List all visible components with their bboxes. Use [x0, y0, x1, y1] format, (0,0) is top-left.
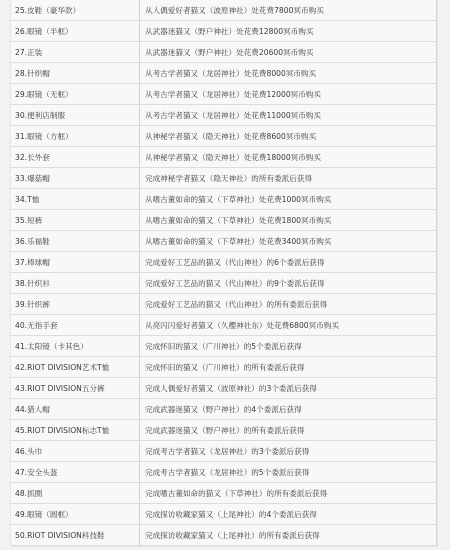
acquisition-method-cell: 完成爱好工艺品的猫又（代山神社）的9个委派后获得: [140, 273, 437, 294]
item-name-cell: 31.眼镜（方框）: [11, 126, 140, 147]
acquisition-method-cell: 从嗜古董如命的猫又（下草神社）处花费1000冥币购买: [140, 189, 437, 210]
table-row: 31.眼镜（方框）从神秘学者猫又（隐天神社）处花费8600冥币购买: [11, 126, 437, 147]
acquisition-method-cell: 从嗜古董如命的猫又（下草神社）处花费3400冥币购买: [140, 231, 437, 252]
acquisition-method-cell: 从考古学者猫又（龙居神社）处花费12000冥币购买: [140, 84, 437, 105]
table-row: 28.针织帽从考古学者猫又（龙居神社）处花费8000冥币购买: [11, 63, 437, 84]
table-row: 42.RIOT DIVISION艺术T恤完成怀旧的猫又（广川神社）的所有委派后获…: [11, 357, 437, 378]
acquisition-method-cell: 完成探访收藏家猫又（上尾神社）的所有委派后获得: [140, 525, 437, 546]
item-name-cell: 41.太阳镜（卡其色）: [11, 336, 140, 357]
item-name-cell: 35.短裤: [11, 210, 140, 231]
acquisition-method-cell: 从武器迷猫又（野户神社）处花费20600冥币购买: [140, 42, 437, 63]
table-row: 33.爆菇帽完成神秘学者猫又（隐天神社）的所有委派后获得: [11, 168, 437, 189]
table-row: 50.RIOT DIVISION科技鞋完成探访收藏家猫又（上尾神社）的所有委派后…: [11, 525, 437, 546]
item-name-cell: 37.棒球帽: [11, 252, 140, 273]
acquisition-method-cell: 从亮闪闪爱好者猫又（久樱神社东）处花费6800冥币购买: [140, 315, 437, 336]
item-name-cell: 25.皮鞋（豪华款）: [11, 0, 140, 21]
item-name-cell: 44.猎人帽: [11, 399, 140, 420]
item-name-cell: 36.乐福鞋: [11, 231, 140, 252]
page: 25.皮鞋（豪华款）从人偶爱好者猫又（波原神社）处花费7800冥币购买26.眼镜…: [0, 0, 450, 550]
acquisition-method-cell: 完成怀旧的猫又（广川神社）的5个委派后获得: [140, 336, 437, 357]
acquisition-method-cell: 完成探访收藏家猫又（上尾神社）的4个委派后获得: [140, 504, 437, 525]
outfit-table-container: 25.皮鞋（豪华款）从人偶爱好者猫又（波原神社）处花费7800冥币购买26.眼镜…: [10, 0, 437, 546]
item-name-cell: 40.无指手套: [11, 315, 140, 336]
item-name-cell: 49.眼镜（圆框）: [11, 504, 140, 525]
table-row: 32.长外套从神秘学者猫又（隐天神社）处花费18000冥币购买: [11, 147, 437, 168]
table-row: 36.乐福鞋从嗜古董如命的猫又（下草神社）处花费3400冥币购买: [11, 231, 437, 252]
item-name-cell: 48.抓圈: [11, 483, 140, 504]
table-row: 26.眼镜（半框）从武器迷猫又（野户神社）处花费12800冥币购买: [11, 21, 437, 42]
item-name-cell: 39.针织裤: [11, 294, 140, 315]
acquisition-method-cell: 完成爱好工艺品的猫又（代山神社）的6个委派后获得: [140, 252, 437, 273]
acquisition-method-cell: 完成武器迷猫又（野户神社）的4个委派后获得: [140, 399, 437, 420]
table-body: 25.皮鞋（豪华款）从人偶爱好者猫又（波原神社）处花费7800冥币购买26.眼镜…: [11, 0, 437, 546]
table-row: 34.T恤从嗜古董如命的猫又（下草神社）处花费1000冥币购买: [11, 189, 437, 210]
acquisition-method-cell: 从神秘学者猫又（隐天神社）处花费18000冥币购买: [140, 147, 437, 168]
acquisition-method-cell: 完成考古学者猫又（龙居神社）的5个委派后获得: [140, 462, 437, 483]
item-name-cell: 47.安全头盔: [11, 462, 140, 483]
table-row: 39.针织裤完成爱好工艺品的猫又（代山神社）的所有委派后获得: [11, 294, 437, 315]
item-name-cell: 43.RIOT DIVISION五分裤: [11, 378, 140, 399]
item-name-cell: 33.爆菇帽: [11, 168, 140, 189]
table-row: 38.针织衫完成爱好工艺品的猫又（代山神社）的9个委派后获得: [11, 273, 437, 294]
table-row: 47.安全头盔完成考古学者猫又（龙居神社）的5个委派后获得: [11, 462, 437, 483]
table-row: 43.RIOT DIVISION五分裤完成人偶爱好者猫又（波原神社）的3个委派后…: [11, 378, 437, 399]
table-row: 27.正装从武器迷猫又（野户神社）处花费20600冥币购买: [11, 42, 437, 63]
table-row: 44.猎人帽完成武器迷猫又（野户神社）的4个委派后获得: [11, 399, 437, 420]
item-name-cell: 45.RIOT DIVISION标志T恤: [11, 420, 140, 441]
item-name-cell: 38.针织衫: [11, 273, 140, 294]
acquisition-method-cell: 从武器迷猫又（野户神社）处花费12800冥币购买: [140, 21, 437, 42]
acquisition-method-cell: 完成人偶爱好者猫又（波原神社）的3个委派后获得: [140, 378, 437, 399]
table-row: 45.RIOT DIVISION标志T恤完成武器迷猫又（野户神社）的所有委派后获…: [11, 420, 437, 441]
item-name-cell: 42.RIOT DIVISION艺术T恤: [11, 357, 140, 378]
acquisition-method-cell: 从神秘学者猫又（隐天神社）处花费8600冥币购买: [140, 126, 437, 147]
item-name-cell: 28.针织帽: [11, 63, 140, 84]
acquisition-method-cell: 完成神秘学者猫又（隐天神社）的所有委派后获得: [140, 168, 437, 189]
item-name-cell: 50.RIOT DIVISION科技鞋: [11, 525, 140, 546]
table-row: 29.眼镜（无框）从考古学者猫又（龙居神社）处花费12000冥币购买: [11, 84, 437, 105]
table-row: 30.便利店制服从考古学者猫又（龙居神社）处花费11000冥币购买: [11, 105, 437, 126]
table-row: 41.太阳镜（卡其色）完成怀旧的猫又（广川神社）的5个委派后获得: [11, 336, 437, 357]
acquisition-method-cell: 完成武器迷猫又（野户神社）的所有委派后获得: [140, 420, 437, 441]
item-name-cell: 27.正装: [11, 42, 140, 63]
acquisition-method-cell: 从考古学者猫又（龙居神社）处花费11000冥币购买: [140, 105, 437, 126]
table-row: 46.头巾完成考古学者猫又（龙居神社）的3个委派后获得: [11, 441, 437, 462]
acquisition-method-cell: 完成考古学者猫又（龙居神社）的3个委派后获得: [140, 441, 437, 462]
item-name-cell: 32.长外套: [11, 147, 140, 168]
item-name-cell: 46.头巾: [11, 441, 140, 462]
acquisition-method-cell: 从嗜古董如命的猫又（下草神社）处花费1800冥币购买: [140, 210, 437, 231]
acquisition-method-cell: 从考古学者猫又（龙居神社）处花费8000冥币购买: [140, 63, 437, 84]
acquisition-method-cell: 完成嗜古董如命的猫又（下草神社）的所有委派后获得: [140, 483, 437, 504]
acquisition-method-cell: 完成爱好工艺品的猫又（代山神社）的所有委派后获得: [140, 294, 437, 315]
acquisition-method-cell: 完成怀旧的猫又（广川神社）的所有委派后获得: [140, 357, 437, 378]
outfit-acquisition-table: 25.皮鞋（豪华款）从人偶爱好者猫又（波原神社）处花费7800冥币购买26.眼镜…: [10, 0, 436, 546]
item-name-cell: 30.便利店制服: [11, 105, 140, 126]
table-row: 48.抓圈完成嗜古董如命的猫又（下草神社）的所有委派后获得: [11, 483, 437, 504]
table-row: 35.短裤从嗜古董如命的猫又（下草神社）处花费1800冥币购买: [11, 210, 437, 231]
table-row: 40.无指手套从亮闪闪爱好者猫又（久樱神社东）处花费6800冥币购买: [11, 315, 437, 336]
item-name-cell: 34.T恤: [11, 189, 140, 210]
table-row: 49.眼镜（圆框）完成探访收藏家猫又（上尾神社）的4个委派后获得: [11, 504, 437, 525]
table-row: 37.棒球帽完成爱好工艺品的猫又（代山神社）的6个委派后获得: [11, 252, 437, 273]
item-name-cell: 29.眼镜（无框）: [11, 84, 140, 105]
item-name-cell: 26.眼镜（半框）: [11, 21, 140, 42]
acquisition-method-cell: 从人偶爱好者猫又（波原神社）处花费7800冥币购买: [140, 0, 437, 21]
table-row: 25.皮鞋（豪华款）从人偶爱好者猫又（波原神社）处花费7800冥币购买: [11, 0, 437, 21]
